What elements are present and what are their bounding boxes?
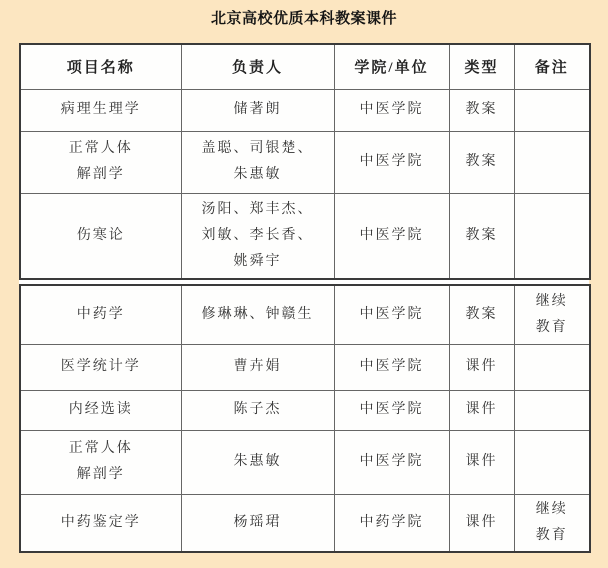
cell-college: 中医学院 bbox=[334, 89, 449, 131]
cell-project-name: 正常人体 解剖学 bbox=[20, 131, 181, 193]
cell-college: 中医学院 bbox=[334, 390, 449, 430]
cell-lead: 汤阳、郑丰杰、 刘敏、李长香、 姚舜宇 bbox=[181, 193, 334, 279]
cell-lead: 杨瑶珺 bbox=[181, 494, 334, 552]
header-project-name: 项目名称 bbox=[20, 44, 181, 89]
table-row: 医学统计学曹卉娟中医学院课件 bbox=[20, 344, 590, 390]
table-header-row: 项目名称 负责人 学院/单位 类型 备注 bbox=[20, 44, 590, 89]
cell-note bbox=[514, 390, 590, 430]
header-lead: 负责人 bbox=[181, 44, 334, 89]
cell-type: 课件 bbox=[449, 344, 514, 390]
cell-lead: 曹卉娟 bbox=[181, 344, 334, 390]
cell-lead: 朱惠敏 bbox=[181, 430, 334, 494]
cell-college: 中医学院 bbox=[334, 285, 449, 344]
table-row: 伤寒论汤阳、郑丰杰、 刘敏、李长香、 姚舜宇中医学院教案 bbox=[20, 193, 590, 279]
cell-college: 中药学院 bbox=[334, 494, 449, 552]
cell-college: 中医学院 bbox=[334, 193, 449, 279]
cell-type: 课件 bbox=[449, 390, 514, 430]
cell-project-name: 伤寒论 bbox=[20, 193, 181, 279]
cell-type: 教案 bbox=[449, 285, 514, 344]
table-row: 内经选读陈子杰中医学院课件 bbox=[20, 390, 590, 430]
cell-type: 课件 bbox=[449, 430, 514, 494]
table-segment-2: 中药学修琳琳、钟赣生中医学院教案继续 教育医学统计学曹卉娟中医学院课件内经选读陈… bbox=[19, 284, 591, 553]
cell-lead: 陈子杰 bbox=[181, 390, 334, 430]
cell-note: 继续 教育 bbox=[514, 494, 590, 552]
cell-project-name: 医学统计学 bbox=[20, 344, 181, 390]
cell-college: 中医学院 bbox=[334, 131, 449, 193]
cell-project-name: 病理生理学 bbox=[20, 89, 181, 131]
cell-college: 中医学院 bbox=[334, 430, 449, 494]
cell-note bbox=[514, 131, 590, 193]
cell-note: 继续 教育 bbox=[514, 285, 590, 344]
page-title: 北京高校优质本科教案课件 bbox=[0, 7, 608, 28]
cell-project-name: 正常人体 解剖学 bbox=[20, 430, 181, 494]
cell-project-name: 中药鉴定学 bbox=[20, 494, 181, 552]
table-container: 项目名称 负责人 学院/单位 类型 备注 病理生理学储著朗中医学院教案正常人体 … bbox=[19, 43, 589, 553]
table-row: 正常人体 解剖学盖聪、司银楚、 朱惠敏中医学院教案 bbox=[20, 131, 590, 193]
cell-note bbox=[514, 430, 590, 494]
cell-type: 教案 bbox=[449, 131, 514, 193]
cell-lead: 盖聪、司银楚、 朱惠敏 bbox=[181, 131, 334, 193]
header-college: 学院/单位 bbox=[334, 44, 449, 89]
cell-note bbox=[514, 344, 590, 390]
table-row: 病理生理学储著朗中医学院教案 bbox=[20, 89, 590, 131]
cell-college: 中医学院 bbox=[334, 344, 449, 390]
table-row: 中药学修琳琳、钟赣生中医学院教案继续 教育 bbox=[20, 285, 590, 344]
cell-project-name: 中药学 bbox=[20, 285, 181, 344]
document-page: 北京高校优质本科教案课件 项目名称 负责人 学院/单位 类型 备注 病理生理学储… bbox=[0, 0, 608, 568]
table-row: 中药鉴定学杨瑶珺中药学院课件继续 教育 bbox=[20, 494, 590, 552]
table-segment-1: 项目名称 负责人 学院/单位 类型 备注 病理生理学储著朗中医学院教案正常人体 … bbox=[19, 43, 591, 280]
cell-note bbox=[514, 89, 590, 131]
header-note: 备注 bbox=[514, 44, 590, 89]
cell-note bbox=[514, 193, 590, 279]
cell-type: 教案 bbox=[449, 193, 514, 279]
cell-project-name: 内经选读 bbox=[20, 390, 181, 430]
cell-type: 课件 bbox=[449, 494, 514, 552]
cell-type: 教案 bbox=[449, 89, 514, 131]
header-type: 类型 bbox=[449, 44, 514, 89]
cell-lead: 修琳琳、钟赣生 bbox=[181, 285, 334, 344]
cell-lead: 储著朗 bbox=[181, 89, 334, 131]
table-row: 正常人体 解剖学朱惠敏中医学院课件 bbox=[20, 430, 590, 494]
